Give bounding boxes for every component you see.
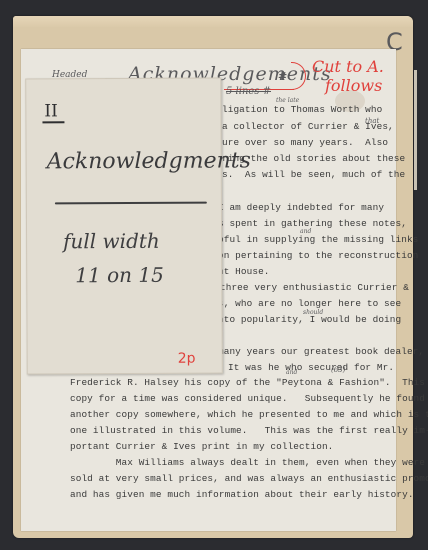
pencil-title-mark: # xyxy=(278,70,287,83)
backing-board-top-edge xyxy=(13,16,413,28)
type-line: three very enthusiastic Currier & xyxy=(220,282,409,293)
margin-note: that xyxy=(365,117,379,125)
pencil-subnote: 5 lines # xyxy=(226,86,271,97)
type-line: Max Williams always dealt in them, even … xyxy=(70,457,425,468)
pasted-note-card: II Acknowledgments full width 11 on 15 2… xyxy=(25,77,223,374)
type-line: s spent in gathering these notes, xyxy=(218,218,407,229)
type-line: on pertaining to the reconstruction xyxy=(218,250,418,261)
section-numeral: II xyxy=(44,101,58,121)
type-line: another copy somewhere, which he present… xyxy=(70,409,428,420)
type-line: portant Currier & Ives print in my colle… xyxy=(70,441,333,452)
type-line: Frederick R. Halsey his copy of the "Pey… xyxy=(70,377,425,388)
type-line: copy for a time was considered unique. S… xyxy=(70,393,425,404)
red-note-line2: follows xyxy=(325,76,382,95)
margin-note: (63) xyxy=(331,366,345,374)
type-line: pful in supplying the missing links xyxy=(218,234,418,245)
type-line: ligation to Thomas Worth who xyxy=(222,104,382,115)
type-line: and has given me much information about … xyxy=(70,489,414,500)
type-line: nto popularity, I would be doing xyxy=(218,314,401,325)
card-rule xyxy=(55,202,207,205)
card-instruction-line2: 11 on 15 xyxy=(75,263,164,287)
interlinear-note: the late xyxy=(276,97,299,104)
type-line: ure over so many years. Also xyxy=(222,137,388,148)
card-red-mark: 2p xyxy=(178,351,196,367)
type-line: many years our greatest book dealer, xyxy=(218,346,424,357)
red-note-line1: Cut to A. xyxy=(312,57,384,76)
type-line: It was he who secured for Mr. xyxy=(228,362,394,373)
interlinear-note: and xyxy=(286,369,297,376)
type-line: s, who are no longer here to see xyxy=(218,298,401,309)
type-line: I am deeply indebted for many xyxy=(218,202,384,213)
backing-right-strip xyxy=(414,70,417,190)
card-heading: Acknowledgments xyxy=(47,148,251,174)
type-line: sold at very small prices, and was alway… xyxy=(70,473,428,484)
type-line: nt House. xyxy=(218,266,270,277)
type-line: one illustrated in this volume. This was… xyxy=(70,425,428,436)
numeral-underline xyxy=(42,121,64,123)
card-instruction-line1: full width xyxy=(63,229,160,254)
